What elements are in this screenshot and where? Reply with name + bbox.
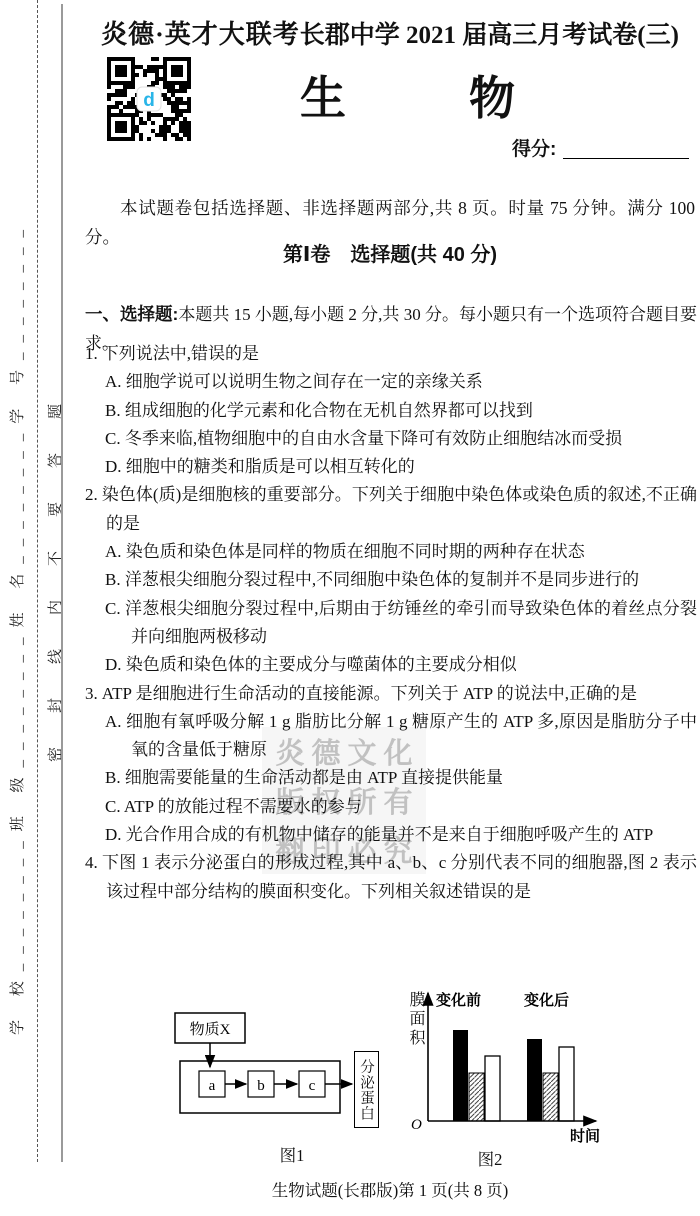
question-2: 2.染色体(质)是细胞核的重要部分。下列关于细胞中染色体或染色质的叙述,不正确的… xyxy=(85,481,697,679)
question-2-stem: 2.染色体(质)是细胞核的重要部分。下列关于细胞中染色体或染色质的叙述,不正确的… xyxy=(85,481,697,538)
origin-label: O xyxy=(411,1117,422,1133)
y-axis-label: 膜面积 xyxy=(404,991,427,1067)
question-3-option-a: A. 细胞有氧呼吸分解 1 g 脂肪比分解 1 g 糖原产生的 ATP 多,原因… xyxy=(105,708,697,765)
exam-paper-page: 学 校________班 级________姓 名________学 号____… xyxy=(0,0,700,1216)
group-label-after: 变化后 xyxy=(524,991,569,1009)
question-1: 1.下列说法中,错误的是 A. 细胞学说可以说明生物之间存在一定的亲缘关系 B.… xyxy=(85,340,697,481)
organelle-b-label: b xyxy=(257,1078,265,1094)
question-3-option-b: B. 细胞需要能量的生命活动都是由 ATP 直接提供能量 xyxy=(105,764,697,792)
bar-变化前-3 xyxy=(485,1056,500,1121)
questions-list: 1.下列说法中,错误的是 A. 细胞学说可以说明生物之间存在一定的亲缘关系 B.… xyxy=(85,340,697,906)
exam-series-name: 炎德·英才大联考 xyxy=(101,20,300,49)
question-3-stem: 3.ATP 是细胞进行生命活动的直接能源。下列关于 ATP 的说法中,正确的是 xyxy=(85,680,697,708)
question-3: 3.ATP 是细胞进行生命活动的直接能源。下列关于 ATP 的说法中,正确的是 … xyxy=(85,680,697,850)
question-4-number: 4. xyxy=(85,853,98,872)
bar-变化后-1 xyxy=(527,1039,542,1121)
question-1-number: 1. xyxy=(85,344,98,363)
exam-header-title: 炎德·英才大联考长郡中学 2021 届高三月考试卷(三) xyxy=(84,14,696,51)
figure-1-caption: 图1 xyxy=(232,1142,352,1166)
qr-logo-d-icon: d xyxy=(143,90,155,111)
question-1-option-a: A. 细胞学说可以说明生物之间存在一定的亲缘关系 xyxy=(105,368,697,396)
page-footer: 生物试题(长郡版)第 1 页(共 8 页) xyxy=(85,1177,695,1201)
subject-title: 生 物 xyxy=(300,62,515,128)
section-1-title: 第Ⅰ卷 选择题(共 40 分) xyxy=(85,238,695,267)
subject-char-2: 物 xyxy=(469,62,515,128)
organelle-c-label: c xyxy=(309,1078,316,1094)
question-2-option-d: D. 染色质和染色体的主要成分与噬菌体的主要成分相似 xyxy=(105,651,697,679)
seal-solid-line xyxy=(61,4,63,1162)
bar-变化后-2 xyxy=(543,1073,558,1121)
group-label-before: 变化前 xyxy=(436,991,481,1009)
question-4-stem: 4.下图 1 表示分泌蛋白的形成过程,其中 a、b、c 分别代表不同的细胞器,图… xyxy=(85,849,697,906)
exam-title-text: 长郡中学 2021 届高三月考试卷(三) xyxy=(300,22,679,49)
question-4: 4.下图 1 表示分泌蛋白的形成过程,其中 a、b、c 分别代表不同的细胞器,图… xyxy=(85,849,697,906)
bar-变化后-3 xyxy=(559,1047,574,1121)
mcq-instructions-label: 一、选择题: xyxy=(85,304,178,324)
question-1-stem: 1.下列说法中,错误的是 xyxy=(85,340,697,368)
qr-code: d xyxy=(106,56,192,142)
figure-2-caption: 图2 xyxy=(430,1146,550,1170)
question-2-option-c: C. 洋葱根尖细胞分裂过程中,后期由于纺锤丝的牵引而导致染色体的着丝点分裂并向细… xyxy=(105,595,697,652)
secreted-protein-box: 分泌蛋白 xyxy=(354,1051,379,1128)
question-2-option-b: B. 洋葱根尖细胞分裂过程中,不同细胞中染色体的复制并不是同步进行的 xyxy=(105,566,697,594)
score-label: 得分: xyxy=(512,134,692,161)
organelle-a-label: a xyxy=(209,1078,216,1094)
bar-变化前-2 xyxy=(469,1073,484,1121)
seal-dashed-line xyxy=(37,0,38,1162)
bar-group xyxy=(453,1030,574,1121)
question-2-option-a: A. 染色质和染色体是同样的物质在细胞不同时期的两种存在状态 xyxy=(105,538,697,566)
bar-变化前-1 xyxy=(453,1030,468,1121)
question-1-option-b: B. 组成细胞的化学元素和化合物在无机自然界都可以找到 xyxy=(105,397,697,425)
subject-char-1: 生 xyxy=(300,62,346,128)
question-3-number: 3. xyxy=(85,684,98,703)
x-axis-label: 时间 xyxy=(570,1127,600,1145)
question-3-option-c: C. ATP 的放能过程不需要水的参与 xyxy=(105,793,697,821)
question-1-option-c: C. 冬季来临,植物细胞中的自由水含量下降可有效防止细胞结冰而受损 xyxy=(105,425,697,453)
question-2-number: 2. xyxy=(85,485,98,504)
figure-2-bar-chart: 变化前 变化后 O 时间 xyxy=(398,983,616,1155)
substance-x-label: 物质X xyxy=(190,1020,231,1038)
question-3-option-d: D. 光合作用合成的有机物中储存的能量并不是来自于细胞呼吸产生的 ATP xyxy=(105,821,697,849)
question-1-option-d: D. 细胞中的糖类和脂质是可以相互转化的 xyxy=(105,453,697,481)
score-blank-line xyxy=(563,158,689,159)
